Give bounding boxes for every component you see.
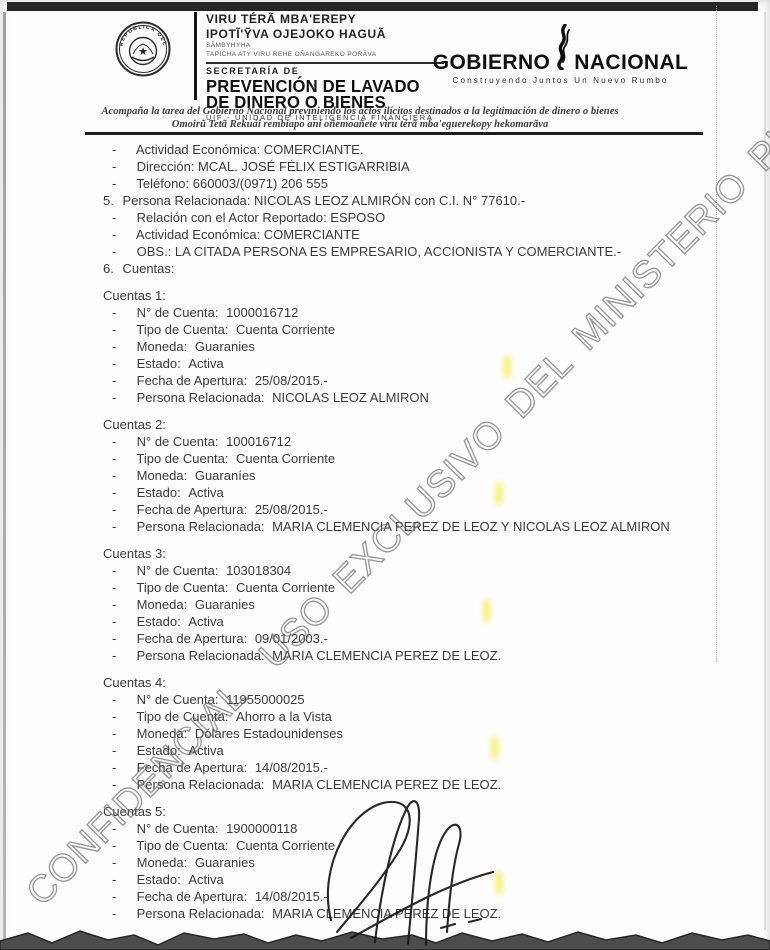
field-label: Persona Relacionada: [137, 648, 265, 663]
field-value: Guaranies [195, 597, 255, 612]
field-value: 25/08/2015.- [255, 373, 328, 388]
document-body: - Actividad Económica: COMERCIANTE. - Di… [0, 141, 770, 922]
dash-bullet: - [103, 776, 133, 793]
account-type-line: - Tipo de Cuenta: Ahorro a la Vista [0, 708, 770, 725]
field-value: Dólares Estadounidenses [195, 726, 343, 741]
field-value: 25/08/2015.- [255, 502, 328, 517]
account-type-line: - Tipo de Cuenta: Cuenta Corriente [0, 837, 770, 854]
field-label: Moneda: [137, 597, 188, 612]
list-item: - Teléfono: 660003/(0971) 206 555 [0, 175, 770, 192]
field-value: Activa [188, 356, 223, 371]
field-label: Tipo de Cuenta: [136, 709, 228, 724]
account-block: Cuentas 4: - N° de Cuenta: 11955000025 -… [0, 674, 770, 793]
status-line: - Estado: Activa [0, 742, 770, 759]
list-item: - Dirección: MCAL. JOSÉ FÉLIX ESTIGARRIB… [0, 158, 770, 175]
dash-bullet: - [103, 647, 133, 664]
dash-bullet: - [103, 596, 133, 613]
list-text: Persona Relacionada: NICOLAS LEOZ ALMIRÓ… [122, 193, 525, 208]
field-value: Guaraníes [195, 468, 256, 483]
dash-bullet: - [103, 389, 133, 406]
dash-bullet: - [103, 888, 133, 905]
field-label: N° de Cuenta: [137, 305, 219, 320]
related-person-line: - Persona Relacionada: NICOLAS LEOZ ALMI… [0, 389, 770, 406]
dash-bullet: - [103, 467, 133, 484]
account-block: Cuentas 1: - N° de Cuenta: 1000016712 - … [0, 287, 770, 406]
status-line: - Estado: Activa [0, 355, 770, 372]
field-label: Tipo de Cuenta: [136, 322, 228, 337]
motto-line-guarani: Omoirũ Tetã Rekuái rembiapo ani oñemoañe… [40, 119, 680, 132]
account-number-line: - N° de Cuenta: 100016712 [0, 433, 770, 450]
field-value: Cuenta Corriente [236, 322, 335, 337]
list-marker: - [103, 158, 133, 175]
account-title: Cuentas 2: [0, 416, 770, 433]
related-person-line: - Persona Relacionada: MARIA CLEMENCIA P… [0, 647, 770, 664]
list-marker: - [103, 243, 133, 260]
account-block: Cuentas 5: - N° de Cuenta: 1900000118 - … [0, 803, 770, 922]
field-label: Persona Relacionada: [137, 519, 265, 534]
account-number-line: - N° de Cuenta: 1000016712 [0, 304, 770, 321]
field-label: N° de Cuenta: [137, 692, 219, 707]
field-label: N° de Cuenta: [137, 563, 219, 578]
list-marker: - [103, 209, 133, 226]
dash-bullet: - [103, 708, 133, 725]
field-label: Estado: [137, 356, 181, 371]
field-label: Tipo de Cuenta: [136, 838, 228, 853]
list-marker: 6. [103, 260, 114, 277]
field-label: Estado: [137, 485, 181, 500]
list-marker: - [103, 226, 133, 243]
list-text: Relación con el Actor Reportado: ESPOSO [137, 210, 386, 225]
dash-bullet: - [103, 372, 133, 389]
scanned-document: REPUBLICA DEL PARAGUAY ★ VIRU TÉRÃ MBA'E… [0, 0, 770, 950]
related-person-line: - Persona Relacionada: MARIA CLEMENCIA P… [0, 905, 770, 922]
opening-date-line: - Fecha de Apertura: 09/01/2003.- [0, 630, 770, 647]
dash-bullet: - [103, 579, 133, 596]
list-text: Actividad Económica: COMERCIANTE [136, 227, 360, 242]
opening-date-line: - Fecha de Apertura: 25/08/2015.- [0, 372, 770, 389]
dash-bullet: - [103, 871, 133, 888]
guarani-name-line1: VIRU TÉRÃ MBA'EREPY [206, 13, 444, 25]
dash-bullet: - [103, 501, 133, 518]
list-item: - Actividad Económica: COMERCIANTE [0, 226, 770, 243]
currency-line: - Moneda: Guaranies [0, 596, 770, 613]
dash-bullet: - [103, 691, 133, 708]
field-label: Persona Relacionada: [137, 777, 265, 792]
guarani-name-line4: TAPICHA ATY VIRU REHE OÑANGAREKO PORÃVA [206, 52, 444, 59]
field-value: Activa [188, 614, 223, 629]
field-value: Activa [188, 872, 223, 887]
dash-bullet: - [103, 820, 133, 837]
header-divider [194, 12, 197, 100]
field-value: Guaranies [195, 855, 255, 870]
gobierno-wordmark-left: GOBIERNO [433, 53, 551, 73]
field-label: Fecha de Apertura: [137, 502, 248, 517]
flame-icon [551, 24, 573, 75]
currency-line: - Moneda: Guaraníes [0, 467, 770, 484]
dash-bullet: - [103, 759, 133, 776]
field-label: Estado: [137, 743, 181, 758]
guarani-name-line3: SÃMBYHYHA [206, 43, 444, 50]
field-value: Cuenta Corriente [236, 838, 335, 853]
list-item: - OBS.: LA CITADA PERSONA ES EMPRESARIO,… [0, 243, 770, 260]
field-label: Tipo de Cuenta: [136, 451, 228, 466]
gobierno-tagline: Construyendo Juntos Un Nuevo Rumbo [448, 76, 673, 85]
dash-bullet: - [103, 484, 133, 501]
field-value: MARIA CLEMENCIA PEREZ DE LEOZ. [272, 648, 501, 663]
field-value: 11955000025 [226, 692, 305, 707]
field-value: 09/01/2003.- [255, 631, 328, 646]
field-label: Fecha de Apertura: [137, 760, 248, 775]
dash-bullet: - [103, 321, 133, 338]
list-marker: - [103, 141, 133, 158]
gobierno-wordmark-right: NACIONAL [574, 53, 688, 73]
currency-line: - Moneda: Dólares Estadounidenses [0, 725, 770, 742]
opening-date-line: - Fecha de Apertura: 14/08/2015.- [0, 759, 770, 776]
status-line: - Estado: Activa [0, 484, 770, 501]
list-text: Actividad Económica: COMERCIANTE. [136, 142, 364, 157]
dash-bullet: - [103, 742, 133, 759]
dash-bullet: - [103, 518, 133, 535]
dash-bullet: - [103, 854, 133, 871]
field-label: Fecha de Apertura: [137, 631, 248, 646]
list-item: 5. Persona Relacionada: NICOLAS LEOZ ALM… [0, 192, 770, 209]
field-label: N° de Cuenta: [137, 821, 219, 836]
currency-line: - Moneda: Guaranies [0, 854, 770, 871]
field-label: Persona Relacionada: [137, 390, 265, 405]
field-value: Cuenta Corriente [236, 580, 335, 595]
list-item: 6. Cuentas: [0, 260, 770, 277]
status-line: - Estado: Activa [0, 613, 770, 630]
dash-bullet: - [103, 338, 133, 355]
paraguay-coat-of-arms-icon: REPUBLICA DEL PARAGUAY ★ [114, 20, 172, 83]
field-value: MARIA CLEMENCIA PEREZ DE LEOZ Y NICOLAS … [272, 519, 670, 534]
field-value: 100016712 [226, 434, 291, 449]
torn-paper-edge [0, 924, 770, 950]
field-value: MARIA CLEMENCIA PEREZ DE LEOZ. [272, 777, 501, 792]
field-value: Ahorro a la Vista [236, 709, 332, 724]
field-label: Moneda: [137, 855, 188, 870]
list-marker: 5. [103, 192, 114, 209]
motto: Acompaña la tarea del Gobierno Nacional … [40, 106, 680, 131]
dash-bullet: - [103, 450, 133, 467]
field-label: Tipo de Cuenta: [136, 580, 228, 595]
field-value: NICOLAS LEOZ ALMIRON [272, 390, 429, 405]
list-item: - Relación con el Actor Reportado: ESPOS… [0, 209, 770, 226]
field-label: N° de Cuenta: [137, 434, 219, 449]
motto-line-spanish: Acompaña la tarea del Gobierno Nacional … [40, 106, 680, 119]
list-marker: - [103, 175, 133, 192]
field-label: Fecha de Apertura: [137, 373, 248, 388]
header-small-rule [206, 62, 444, 64]
guarani-name-line2: IPOTĨ'ỸVA OJEJOKO HAGUÃ [206, 28, 444, 40]
related-person-line: - Persona Relacionada: MARIA CLEMENCIA P… [0, 518, 770, 535]
field-value: Activa [188, 485, 223, 500]
account-title: Cuentas 3: [0, 545, 770, 562]
currency-line: - Moneda: Guaranies [0, 338, 770, 355]
account-number-line: - N° de Cuenta: 103018304 [0, 562, 770, 579]
dash-bullet: - [103, 355, 133, 372]
dash-bullet: - [103, 613, 133, 630]
account-title: Cuentas 1: [0, 287, 770, 304]
dash-bullet: - [103, 837, 133, 854]
list-text: Cuentas: [122, 261, 174, 276]
dash-bullet: - [103, 725, 133, 742]
field-value: MARIA CLEMENCIA PEREZ DE LEOZ. [272, 906, 501, 921]
list-text: Teléfono: 660003/(0971) 206 555 [136, 176, 328, 191]
field-value: Cuenta Corriente [236, 451, 335, 466]
field-label: Persona Relacionada: [137, 906, 265, 921]
gobierno-nacional-logo: GOBIERNO NACIONAL Construyendo Juntos Un… [448, 24, 673, 85]
account-title: Cuentas 4: [0, 674, 770, 691]
account-block: Cuentas 3: - N° de Cuenta: 103018304 - T… [0, 545, 770, 664]
field-value: 103018304 [226, 563, 291, 578]
field-label: Estado: [137, 614, 181, 629]
related-person-line: - Persona Relacionada: MARIA CLEMENCIA P… [0, 776, 770, 793]
accounts-list: Cuentas 1: - N° de Cuenta: 1000016712 - … [0, 287, 770, 922]
field-label: Fecha de Apertura: [137, 889, 248, 904]
field-label: Moneda: [137, 339, 188, 354]
account-number-line: - N° de Cuenta: 1900000118 [0, 820, 770, 837]
secretaria-kicker: SECRETARÍA DE [206, 67, 444, 76]
field-label: Estado: [137, 872, 181, 887]
dash-bullet: - [103, 905, 133, 922]
list-text: Dirección: MCAL. JOSÉ FÉLIX ESTIGARRIBIA [137, 159, 410, 174]
account-block: Cuentas 2: - N° de Cuenta: 100016712 - T… [0, 416, 770, 535]
dash-bullet: - [103, 562, 133, 579]
field-label: Moneda: [137, 726, 188, 741]
account-number-line: - N° de Cuenta: 11955000025 [0, 691, 770, 708]
field-value: 1900000118 [226, 821, 297, 836]
account-type-line: - Tipo de Cuenta: Cuenta Corriente [0, 321, 770, 338]
account-type-line: - Tipo de Cuenta: Cuenta Corriente [0, 450, 770, 467]
scan-top-edge [7, 2, 758, 11]
intro-list: - Actividad Económica: COMERCIANTE. - Di… [0, 141, 770, 277]
svg-text:★: ★ [138, 46, 148, 58]
dash-bullet: - [103, 304, 133, 321]
dash-bullet: - [103, 630, 133, 647]
list-text: OBS.: LA CITADA PERSONA ES EMPRESARIO, A… [137, 244, 622, 259]
field-value: Activa [188, 743, 223, 758]
field-value: 14/08/2015.- [255, 889, 328, 904]
field-value: Guaranies [195, 339, 255, 354]
header-rule [85, 132, 703, 135]
opening-date-line: - Fecha de Apertura: 25/08/2015.- [0, 501, 770, 518]
list-item: - Actividad Económica: COMERCIANTE. [0, 141, 770, 158]
opening-date-line: - Fecha de Apertura: 14/08/2015.- [0, 888, 770, 905]
account-type-line: - Tipo de Cuenta: Cuenta Corriente [0, 579, 770, 596]
account-title: Cuentas 5: [0, 803, 770, 820]
dash-bullet: - [103, 433, 133, 450]
status-line: - Estado: Activa [0, 871, 770, 888]
field-value: 14/08/2015.- [255, 760, 328, 775]
field-label: Moneda: [137, 468, 188, 483]
field-value: 1000016712 [226, 305, 298, 320]
